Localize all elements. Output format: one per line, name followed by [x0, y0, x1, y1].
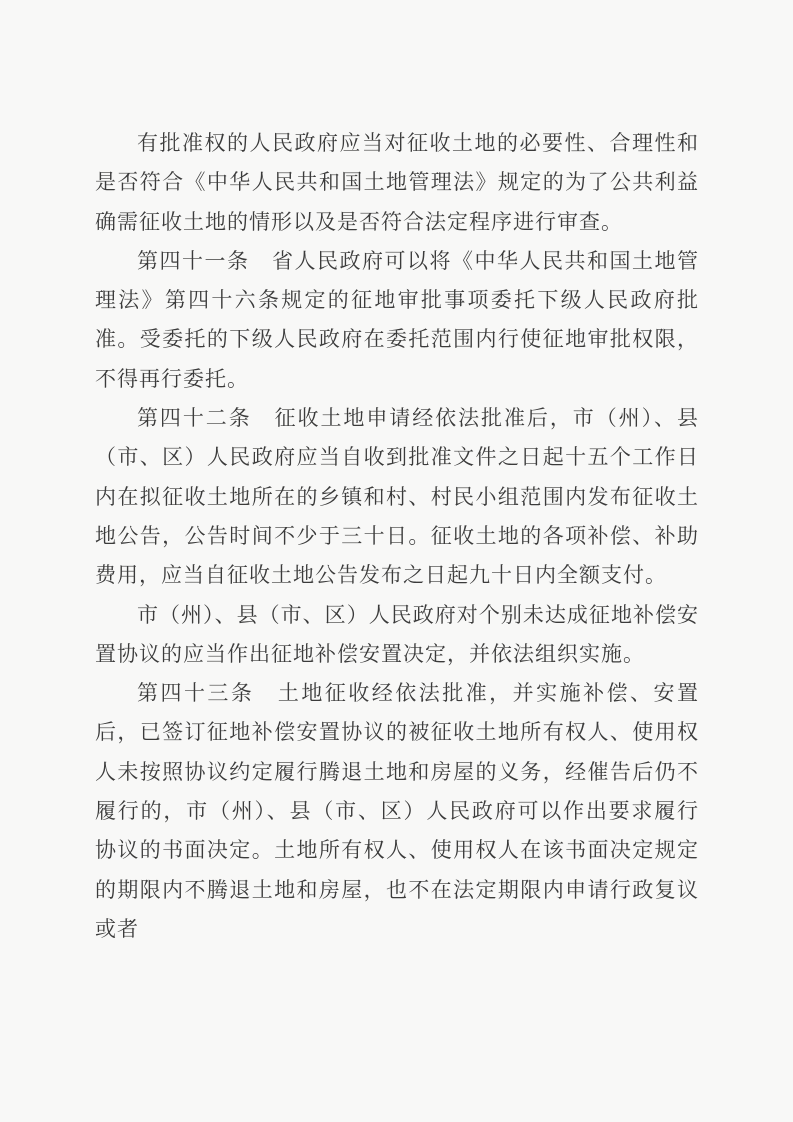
document-page: 有批准权的人民政府应当对征收土地的必要性、合理性和是否符合《中华人民共和国土地管…	[0, 0, 793, 1122]
paragraph: 有批准权的人民政府应当对征收土地的必要性、合理性和是否符合《中华人民共和国土地管…	[95, 124, 699, 242]
paragraph: 市（州）、县（市、区）人民政府对个别未达成征地补偿安置协议的应当作出征地补偿安置…	[95, 596, 699, 675]
paragraph: 第四十二条 征收土地申请经依法批准后，市（州）、县（市、区）人民政府应当自收到批…	[95, 399, 699, 595]
document-body: 有批准权的人民政府应当对征收土地的必要性、合理性和是否符合《中华人民共和国土地管…	[95, 124, 699, 949]
paragraph: 第四十一条 省人民政府可以将《中华人民共和国土地管理法》第四十六条规定的征地审批…	[95, 242, 699, 399]
paragraph: 第四十三条 土地征收经依法批准，并实施补偿、安置后，已签订征地补偿安置协议的被征…	[95, 674, 699, 949]
